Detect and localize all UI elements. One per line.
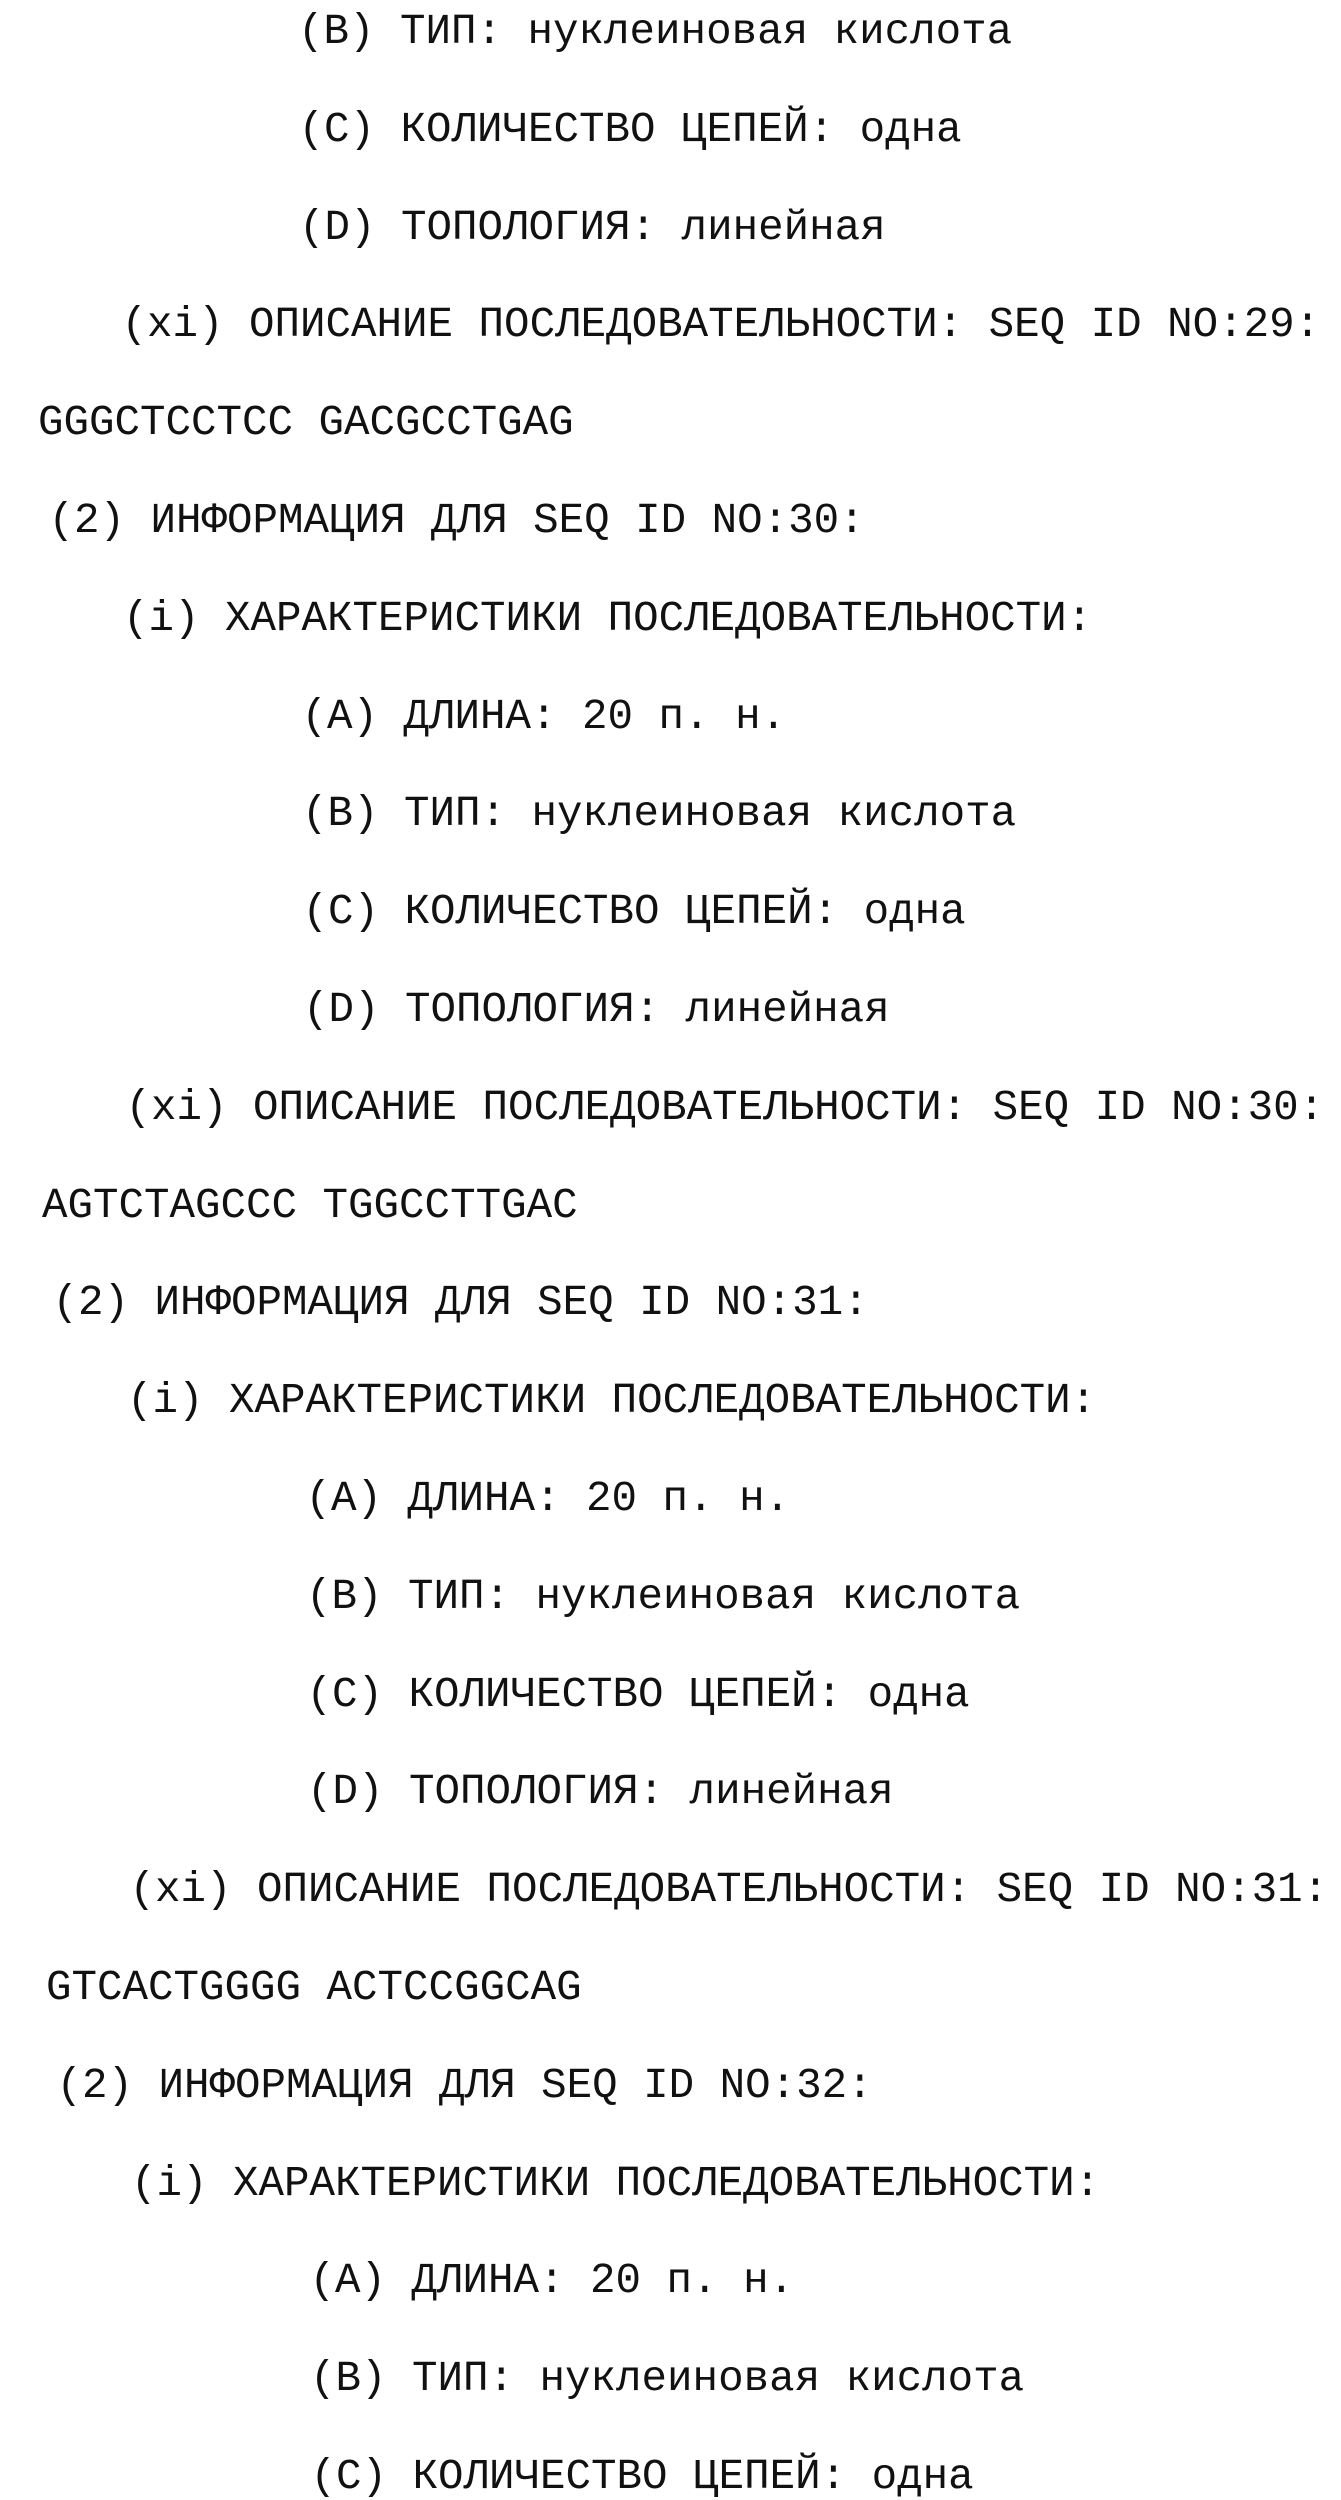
line-characteristics: (i) ХАРАКТЕРИСТИКИ ПОСЛЕДОВАТЕЛЬНОСТИ:	[131, 2159, 1100, 2209]
line-sub-length: (A) ДЛИНА: 20 п. н.	[306, 1474, 791, 1524]
line-sub-strandedness: (C) КОЛИЧЕСТВО ЦЕПЕЙ: одна	[299, 105, 962, 155]
line-sub-type: (B) ТИП: нуклеиновая кислота	[302, 789, 1016, 839]
line-sub-length: (A) ДЛИНА: 20 п. н.	[310, 2256, 795, 2306]
line-sequence: GTCACTGGGG ACTCCGGCAG	[46, 1963, 582, 2013]
line-sub-type: (B) ТИП: нуклеиновая кислота	[310, 2354, 1024, 2404]
line-sub-strandedness: (C) КОЛИЧЕСТВО ЦЕПЕЙ: одна	[311, 2452, 974, 2500]
line-sub-type: (B) ТИП: нуклеиновая кислота	[298, 7, 1012, 57]
line-sequence-description: (xi) ОПИСАНИЕ ПОСЛЕДОВАТЕЛЬНОСТИ: SEQ ID…	[126, 1083, 1325, 1133]
line-info-heading: (2) ИНФОРМАЦИЯ ДЛЯ SEQ ID NO:30:	[49, 496, 865, 546]
line-sub-topology: (D) ТОПОЛОГИЯ: линейная	[307, 1767, 894, 1817]
line-sub-strandedness: (C) КОЛИЧЕСТВО ЦЕПЕЙ: одна	[303, 887, 966, 937]
line-sequence-description: (xi) ОПИСАНИЕ ПОСЛЕДОВАТЕЛЬНОСТИ: SEQ ID…	[130, 1865, 1329, 1915]
line-characteristics: (i) ХАРАКТЕРИСТИКИ ПОСЛЕДОВАТЕЛЬНОСТИ:	[127, 1376, 1096, 1426]
line-sequence: AGTCTAGCCC TGGCCTTGAC	[42, 1181, 578, 1231]
line-sub-topology: (D) ТОПОЛОГИЯ: линейная	[303, 985, 890, 1035]
line-sub-topology: (D) ТОПОЛОГИЯ: линейная	[299, 203, 886, 253]
line-sub-length: (A) ДЛИНА: 20 п. н.	[302, 692, 787, 742]
line-info-heading: (2) ИНФОРМАЦИЯ ДЛЯ SEQ ID NO:31:	[53, 1278, 869, 1328]
sequence-listing-page: (B) ТИП: нуклеиновая кислота (C) КОЛИЧЕС…	[0, 0, 1341, 2500]
line-info-heading: (2) ИНФОРМАЦИЯ ДЛЯ SEQ ID NO:32:	[57, 2061, 873, 2111]
line-sub-type: (B) ТИП: нуклеиновая кислота	[306, 1572, 1020, 1622]
line-sequence-description: (xi) ОПИСАНИЕ ПОСЛЕДОВАТЕЛЬНОСТИ: SEQ ID…	[122, 300, 1321, 350]
line-sub-strandedness: (C) КОЛИЧЕСТВО ЦЕПЕЙ: одна	[307, 1670, 970, 1720]
line-sequence: GGGCTCCTCC GACGCCTGAG	[38, 398, 574, 448]
line-characteristics: (i) ХАРАКТЕРИСТИКИ ПОСЛЕДОВАТЕЛЬНОСТИ:	[123, 594, 1092, 644]
